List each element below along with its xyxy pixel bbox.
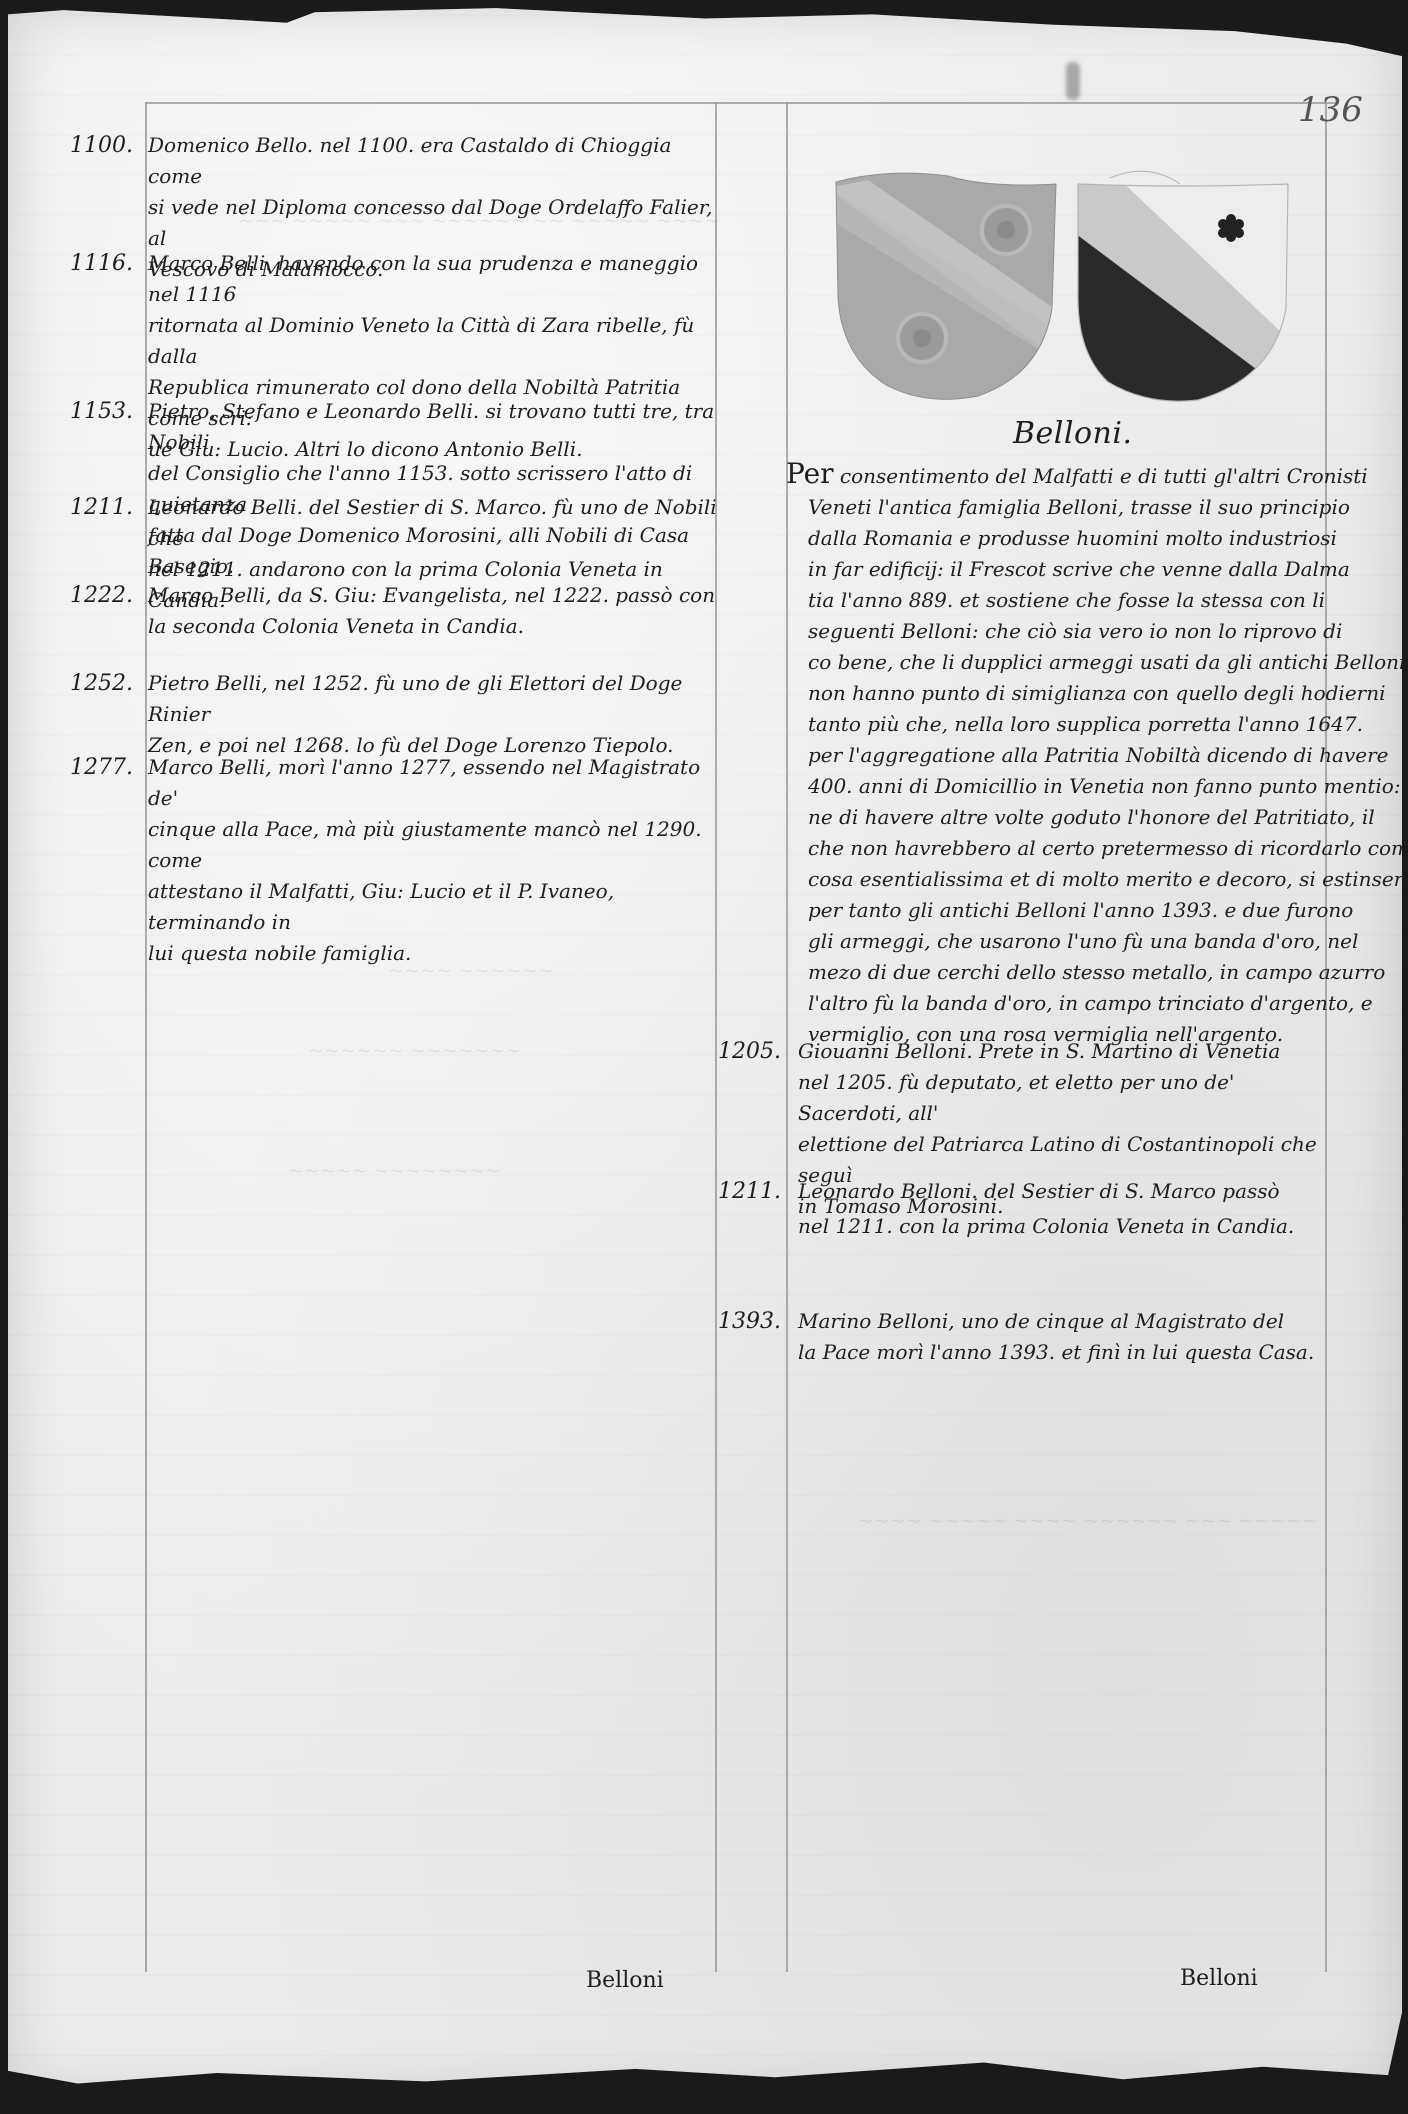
entry-line: Marino Belloni, uno de cinque al Magistr…: [798, 1306, 1338, 1337]
entry-line: Marco Belli, da S. Giu: Evangelista, nel…: [148, 580, 728, 611]
footer-catchword-left: Belloni: [586, 1968, 664, 1993]
entry-line: Leonardo Belli. del Sestier di S. Marco.…: [148, 492, 728, 554]
entry-year: 1393.: [718, 1306, 794, 1337]
entry-year: 1100.: [70, 130, 146, 161]
entry-line: attestano il Malfatti, Giu: Lucio et il …: [148, 876, 728, 938]
entry-year: 1211.: [70, 492, 146, 523]
entry-line: ritornata al Dominio Veneto la Città di …: [148, 310, 728, 372]
entry-text: Pietro Belli, nel 1252. fù uno de gli El…: [148, 668, 728, 761]
entry-line: Marco Belli, morì l'anno 1277, essendo n…: [148, 752, 728, 814]
entry-year: 1205.: [718, 1036, 794, 1067]
footer-catchword-right: Belloni: [1180, 1966, 1258, 1991]
right-column: 1205. Giouanni Belloni. Prete in S. Mart…: [718, 6, 1338, 2096]
entry-text: Marino Belloni, uno de cinque al Magistr…: [798, 1306, 1338, 1368]
entry-year: 1116.: [70, 248, 146, 279]
entry-text: Marco Belli, da S. Giu: Evangelista, nel…: [148, 580, 728, 642]
entry-line: Pietro, Stefano e Leonardo Belli. si tro…: [148, 396, 728, 458]
manuscript-page: 136 ~~~ ~~~~~ ~~~ ~~~~~~ ~~ ~~~~~ ~~~~ ~…: [8, 6, 1402, 2096]
entry-line: nel 1211. con la prima Colonia Veneta in…: [798, 1211, 1338, 1242]
entry-year: 1252.: [70, 668, 146, 699]
entry-year: 1277.: [70, 752, 146, 783]
entry-line: Pietro Belli, nel 1252. fù uno de gli El…: [148, 668, 728, 730]
entry-line: Leonardo Belloni. del Sestier di S. Marc…: [798, 1176, 1338, 1207]
entry-text: Leonardo Belloni. del Sestier di S. Marc…: [798, 1176, 1338, 1242]
left-column: 1100. Domenico Bello. nel 1100. era Cast…: [70, 6, 720, 2096]
entry-text: Marco Belli, morì l'anno 1277, essendo n…: [148, 752, 728, 969]
entry-line: Giouanni Belloni. Prete in S. Martino di…: [798, 1036, 1338, 1067]
entry-line: si vede nel Diploma concesso dal Doge Or…: [148, 192, 728, 254]
entry-year: 1222.: [70, 580, 146, 611]
entry-year: 1211.: [718, 1176, 794, 1207]
entry-line: Domenico Bello. nel 1100. era Castaldo d…: [148, 130, 728, 192]
entry-line: la seconda Colonia Veneta in Candia.: [148, 611, 728, 642]
entry-line: nel 1205. fù deputato, et eletto per uno…: [798, 1067, 1338, 1129]
entry-year: 1153.: [70, 396, 146, 427]
entry-line: cinque alla Pace, mà più giustamente man…: [148, 814, 728, 876]
entry-line: lui questa nobile famiglia.: [148, 938, 728, 969]
entry-line: la Pace morì l'anno 1393. et finì in lui…: [798, 1337, 1338, 1368]
entry-line: Marco Belli. havendo con la sua prudenza…: [148, 248, 728, 310]
